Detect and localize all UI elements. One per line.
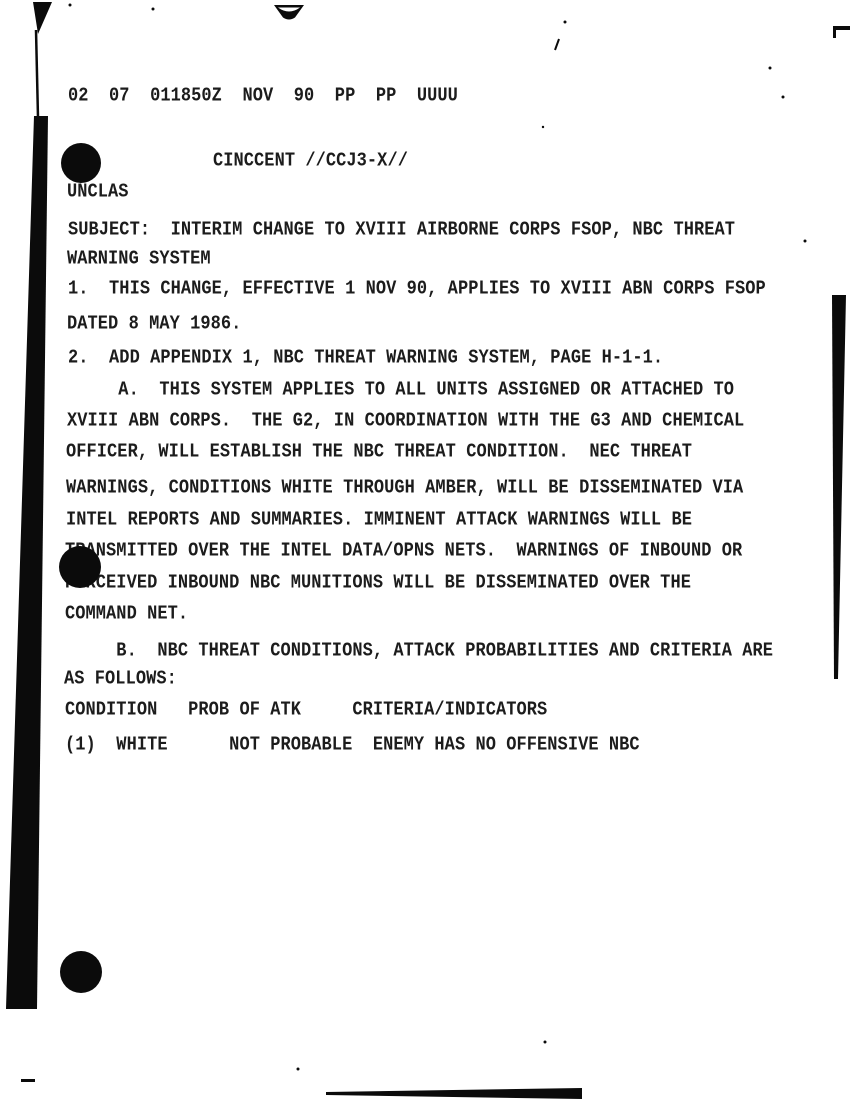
scan-corner-wedge xyxy=(33,2,52,34)
scan-speck xyxy=(782,96,785,99)
scan-dash-mark xyxy=(21,1079,35,1082)
scan-corner-bracket xyxy=(833,26,836,38)
scan-speck xyxy=(542,126,544,128)
document-line-table-row-1: (1) WHITE NOT PROBABLE ENEMY HAS NO OFFE… xyxy=(65,735,640,757)
document-line-table-header: CONDITION PROB OF ATK CRITERIA/INDICATOR… xyxy=(65,700,547,722)
document-line-para-2b-line-2: AS FOLLOWS: xyxy=(64,669,177,691)
document-line-para-2a-line-6: TRANSMITTED OVER THE INTEL DATA/OPNS NET… xyxy=(65,541,742,563)
scan-pen-stroke xyxy=(555,39,559,50)
scan-speck xyxy=(69,4,72,7)
document-line-subject-1: SUBJECT: INTERIM CHANGE TO XVIII AIRBORN… xyxy=(68,220,735,242)
scan-corner-bracket xyxy=(833,26,850,30)
scan-speck xyxy=(564,21,567,24)
scan-bottom-streak xyxy=(326,1088,582,1099)
hole-punch-mark xyxy=(61,143,101,183)
scan-bowl-mark-highlight xyxy=(278,8,300,12)
scan-speck xyxy=(544,1041,547,1044)
scanned-page: 02 07 011850Z NOV 90 PP PP UUUUCINCCENT … xyxy=(0,0,850,1106)
document-line-para-2a-line-3: OFFICER, WILL ESTABLISH THE NBC THREAT C… xyxy=(66,442,692,464)
document-line-para-2: 2. ADD APPENDIX 1, NBC THREAT WARNING SY… xyxy=(68,348,663,370)
scan-bowl-mark xyxy=(274,5,304,20)
document-line-header: 02 07 011850Z NOV 90 PP PP UUUU xyxy=(68,86,458,108)
document-line-para-2a-line-4: WARNINGS, CONDITIONS WHITE THROUGH AMBER… xyxy=(66,478,743,500)
document-line-subject-2: WARNING SYSTEM xyxy=(67,249,211,271)
document-line-para-2a-line-7: PERCEIVED INBOUND NBC MUNITIONS WILL BE … xyxy=(65,573,691,595)
scan-edge-streak-right xyxy=(832,295,846,679)
document-line-classification: UNCLAS xyxy=(67,182,129,204)
document-line-para-2a-line-1: A. THIS SYSTEM APPLIES TO ALL UNITS ASSI… xyxy=(67,380,734,402)
document-line-para-2a-line-2: XVIII ABN CORPS. THE G2, IN COORDINATION… xyxy=(67,411,744,433)
document-line-para-1-line-2: DATED 8 MAY 1986. xyxy=(67,314,241,336)
document-line-para-2b-line-1: B. NBC THREAT CONDITIONS, ATTACK PROBABI… xyxy=(65,641,773,663)
document-line-addressee: CINCCENT //CCJ3-X// xyxy=(213,151,408,173)
scan-speck xyxy=(152,8,155,11)
hole-punch-mark xyxy=(60,951,102,993)
scan-thin-line xyxy=(36,30,38,118)
scan-speck xyxy=(297,1068,300,1071)
document-line-para-2a-line-5: INTEL REPORTS AND SUMMARIES. IMMINENT AT… xyxy=(66,510,692,532)
scan-speck xyxy=(804,240,807,243)
document-line-para-1-line-1: 1. THIS CHANGE, EFFECTIVE 1 NOV 90, APPL… xyxy=(68,279,766,301)
scan-edge-streak-left xyxy=(6,116,48,1009)
scan-speck xyxy=(769,67,772,70)
document-line-para-2a-line-8: COMMAND NET. xyxy=(65,604,188,626)
